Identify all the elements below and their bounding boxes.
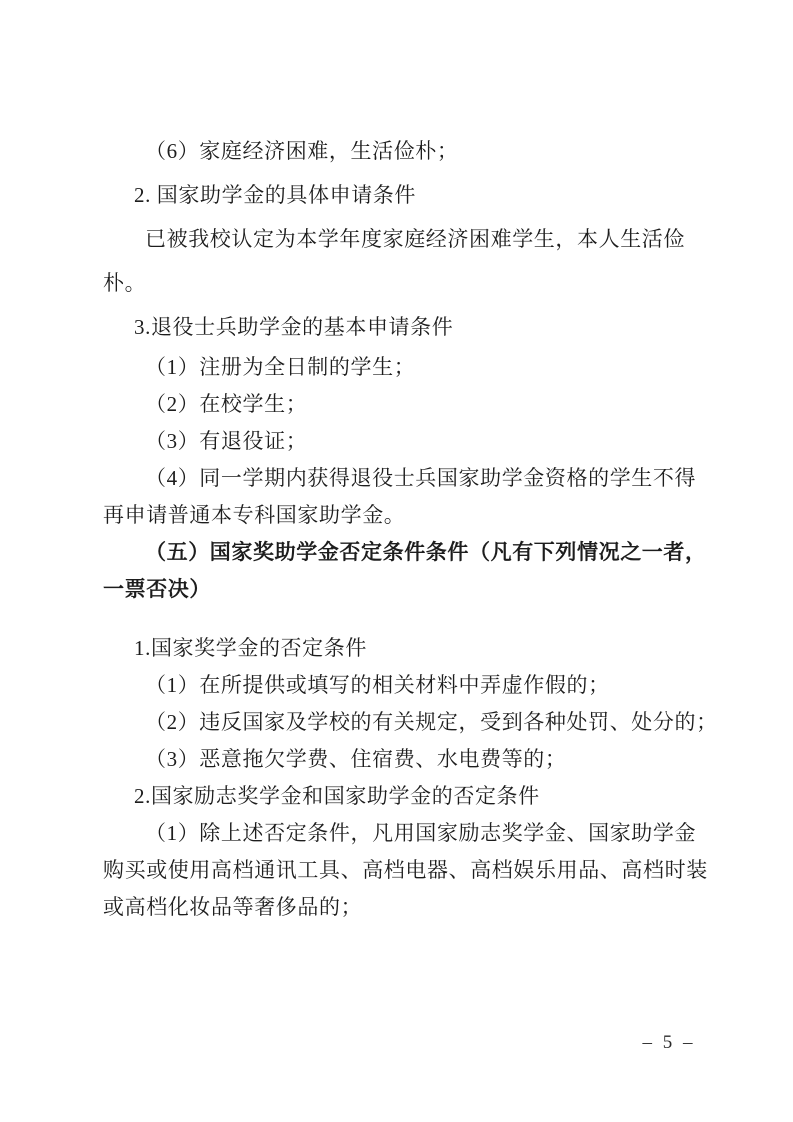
page-number: – 5 – bbox=[633, 1030, 705, 1056]
text-line: 一票否决） bbox=[103, 571, 721, 608]
text-line: 已被我校认定为本学年度家庭经济困难学生，本人生活俭 bbox=[103, 217, 721, 261]
text-line: 1.国家奖学金的否定条件 bbox=[103, 630, 721, 667]
text-line: 2. 国家助学金的具体申请条件 bbox=[103, 173, 721, 217]
text-line: （2）违反国家及学校的有关规定，受到各种处罚、处分的； bbox=[103, 704, 721, 741]
text-line: （2）在校学生； bbox=[103, 386, 721, 423]
text-line: 或高档化妆品等奢侈品的； bbox=[103, 889, 721, 926]
text-line: （4）同一学期内获得退役士兵国家助学金资格的学生不得 bbox=[103, 460, 721, 497]
text-line: 朴。 bbox=[103, 261, 721, 305]
text-line: 再申请普通本专科国家助学金。 bbox=[103, 497, 721, 534]
text-line: （五）国家奖助学金否定条件条件（凡有下列情况之一者， bbox=[103, 534, 721, 571]
text-line: （3）恶意拖欠学费、住宿费、水电费等的； bbox=[103, 741, 721, 778]
text-line: 购买或使用高档通讯工具、高档电器、高档娱乐用品、高档时装 bbox=[103, 852, 721, 889]
text-line: 3.退役士兵助学金的基本申请条件 bbox=[103, 305, 721, 349]
text-line: （1）在所提供或填写的相关材料中弄虚作假的； bbox=[103, 667, 721, 704]
document-body: （6）家庭经济困难，生活俭朴；2. 国家助学金的具体申请条件已被我校认定为本学年… bbox=[103, 129, 721, 926]
text-line: （1）注册为全日制的学生； bbox=[103, 349, 721, 386]
text-line: 2.国家励志奖学金和国家助学金的否定条件 bbox=[103, 778, 721, 815]
text-line: （1）除上述否定条件，凡用国家励志奖学金、国家助学金 bbox=[103, 815, 721, 852]
text-line: （6）家庭经济困难，生活俭朴； bbox=[103, 129, 721, 173]
text-line: （3）有退役证； bbox=[103, 423, 721, 460]
document-page: （6）家庭经济困难，生活俭朴；2. 国家助学金的具体申请条件已被我校认定为本学年… bbox=[0, 0, 793, 1122]
